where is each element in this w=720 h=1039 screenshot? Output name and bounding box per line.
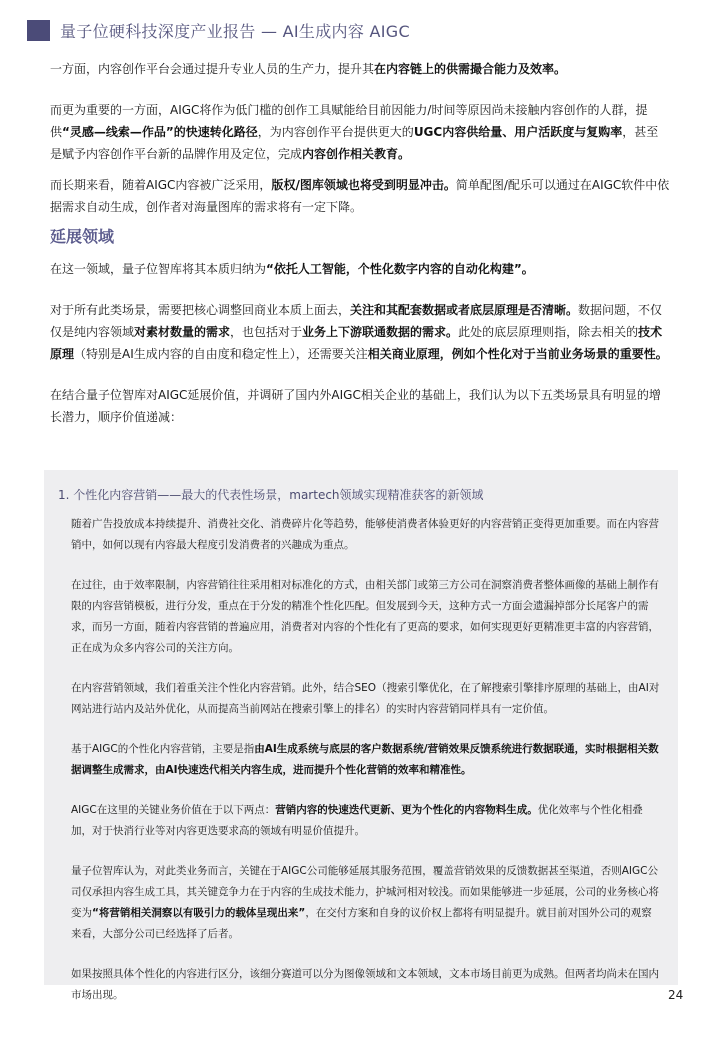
box-paragraph-2: 在过往，由于效率限制，内容营销往往采用相对标准化的方式，由相关部门或第三方公司在…	[71, 575, 661, 659]
paragraph-1: 一方面，内容创作平台会通过提升专业人员的生产力，提升其在内容链上的供需撮合能力及…	[50, 58, 670, 80]
body-text: 在过往，由于效率限制，内容营销往往采用相对标准化的方式，由相关部门或第三方公司在…	[71, 579, 659, 654]
emphasized-text: 营销内容的快速迭代更新、更为个性化的内容物料生成。	[275, 804, 538, 816]
emphasized-text: 相关商业原理，例如个性化对于当前业务场景的重要性。	[368, 347, 668, 361]
main-content: 一方面，内容创作平台会通过提升专业人员的生产力，提升其在内容链上的供需撮合能力及…	[50, 58, 670, 428]
body-text: 在内容营销领域，我们着重关注个性化内容营销。此外，结合SEO（搜索引擎优化，在了…	[71, 682, 659, 715]
scenario-title: 1. 个性化内容营销——最大的代表性场景，martech领域实现精准获客的新领域	[58, 486, 484, 503]
box-paragraph-5: AIGC在这里的关键业务价值在于以下两点：营销内容的快速迭代更新、更为个性化的内…	[71, 800, 661, 842]
section-paragraph-2: 对于所有此类场景，需要把核心调整回商业本质上面去，关注和其配套数据或者底层原理是…	[50, 299, 670, 365]
section-heading: 延展领域	[50, 226, 670, 248]
body-text: （特别是AI生成内容的自由度和稳定性上），还需要关注	[74, 347, 368, 361]
report-title: 量子位硬科技深度产业报告 — AI生成内容 AIGC	[60, 19, 410, 42]
body-text: 随着广告投放成本持续提升、消费社交化、消费碎片化等趋势，能够使消费者体验更好的内…	[71, 518, 659, 551]
emphasized-text: “依托人工智能，个性化数字内容的自动化构建”。	[266, 262, 534, 276]
emphasized-text: 内容创作相关教育。	[302, 147, 410, 161]
body-text: 对于所有此类场景，需要把核心调整回商业本质上面去，	[50, 303, 350, 317]
section-paragraph-1: 在这一领域，量子位智库将其本质归纳为“依托人工智能，个性化数字内容的自动化构建”…	[50, 258, 670, 280]
box-paragraph-4: 基于AIGC的个性化内容营销，主要是指由AI生成系统与底层的客户数据系统/营销效…	[71, 739, 661, 781]
body-text: ，为内容创作平台提供更大的	[258, 125, 414, 139]
emphasized-text: “将营销相关洞察以有吸引力的载体呈现出来”	[92, 907, 305, 919]
body-text: ，也包括对于	[230, 325, 302, 339]
paragraph-3: 而长期来看，随着AIGC内容被广泛采用，版权/图库领域也将受到明显冲击。简单配图…	[50, 174, 670, 218]
body-text: 基于AIGC的个性化内容营销，主要是指	[71, 743, 254, 755]
emphasized-text: UGC内容供给量、用户活跃度与复购率	[414, 125, 622, 139]
page-number: 24	[668, 988, 683, 1002]
box-paragraph-1: 随着广告投放成本持续提升、消费社交化、消费碎片化等趋势，能够使消费者体验更好的内…	[71, 514, 661, 556]
box-paragraph-7: 如果按照具体个性化的内容进行区分，该细分赛道可以分为图像领域和文本领域，文本市场…	[71, 964, 661, 1006]
scenario-box: 1. 个性化内容营销——最大的代表性场景，martech领域实现精准获客的新领域…	[44, 470, 678, 985]
body-text: 在这一领域，量子位智库将其本质归纳为	[50, 262, 266, 276]
emphasized-text: 业务上下游联通数据的需求。	[302, 325, 458, 339]
body-text: 而长期来看，随着AIGC内容被广泛采用，	[50, 178, 271, 192]
body-text: 如果按照具体个性化的内容进行区分，该细分赛道可以分为图像领域和文本领域，文本市场…	[71, 968, 659, 1001]
body-text: 一方面，内容创作平台会通过提升专业人员的生产力，提升其	[50, 62, 374, 76]
emphasized-text: “灵感—线索—作品”的快速转化路径	[62, 125, 258, 139]
box-paragraph-3: 在内容营销领域，我们着重关注个性化内容营销。此外，结合SEO（搜索引擎优化，在了…	[71, 678, 661, 720]
body-text: AIGC在这里的关键业务价值在于以下两点：	[71, 804, 275, 816]
emphasized-text: 对素材数量的需求	[134, 325, 230, 339]
emphasized-text: 版权/图库领域也将受到明显冲击。	[271, 178, 455, 192]
emphasized-text: 关注和其配套数据或者底层原理是否清晰。	[350, 303, 578, 317]
body-text: 在结合量子位智库对AIGC延展价值，并调研了国内外AIGC相关企业的基础上，我们…	[50, 388, 661, 424]
paragraph-2: 而更为重要的一方面，AIGC将作为低门槛的创作工具赋能给目前因能力/时间等原因尚…	[50, 99, 670, 165]
section-paragraph-3: 在结合量子位智库对AIGC延展价值，并调研了国内外AIGC相关企业的基础上，我们…	[50, 384, 670, 428]
header-square-icon	[27, 20, 50, 41]
scenario-body: 随着广告投放成本持续提升、消费社交化、消费碎片化等趋势，能够使消费者体验更好的内…	[71, 514, 661, 1006]
body-text: 此处的底层原理则指，除去相关的	[458, 325, 638, 339]
emphasized-text: 在内容链上的供需撮合能力及效率。	[374, 62, 566, 76]
report-header: 量子位硬科技深度产业报告 — AI生成内容 AIGC	[27, 20, 410, 41]
box-paragraph-6: 量子位智库认为，对此类业务而言，关键在于AIGC公司能够延展其服务范围，覆盖营销…	[71, 861, 661, 945]
